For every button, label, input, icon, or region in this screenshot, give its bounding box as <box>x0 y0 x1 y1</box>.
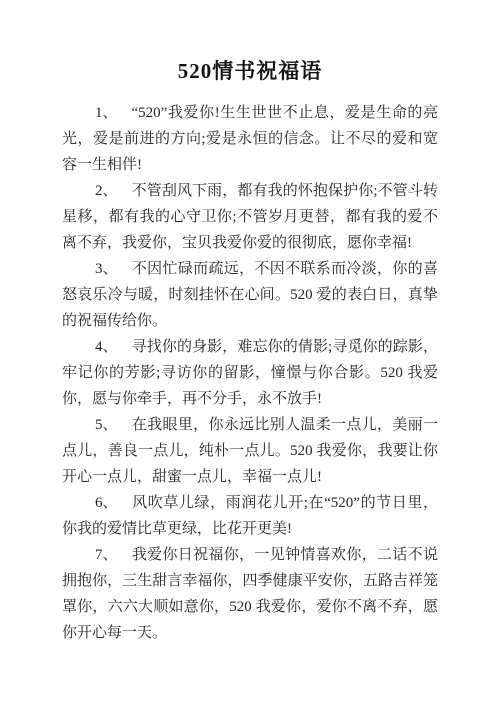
document-page: 520情书祝福语 1、“520”我爱你!生生世世不止息，爱是生命的亮光，爱是前进… <box>0 0 500 707</box>
paragraph-text: 风吹草儿绿，雨润花儿开;在“520”的节日里，你我的爱情比草更绿，比花开更美! <box>62 495 438 537</box>
list-number: 6、 <box>95 490 118 516</box>
paragraph-text: 不管刮风下雨，都有我的怀抱保护你;不管斗转星移，都有我的心守卫你;不管岁月更替，… <box>62 183 438 251</box>
paragraph-6: 6、风吹草儿绿，雨润花儿开;在“520”的节日里，你我的爱情比草更绿，比花开更美… <box>62 490 438 542</box>
paragraph-3: 3、不因忙碌而疏远，不因不联系而冷淡，你的喜怒哀乐冷与暖，时刻挂怀在心间。520… <box>62 256 438 334</box>
paragraph-text: 寻找你的身影，难忘你的倩影;寻觅你的踪影，牢记你的芳影;寻访你的留影，憧憬与你合… <box>62 339 438 407</box>
paragraph-text: 我爱你日祝福你，一见钟情喜欢你，二话不说拥抱你，三生甜言幸福你，四季健康平安你，… <box>62 547 438 641</box>
paragraph-7: 7、我爱你日祝福你，一见钟情喜欢你，二话不说拥抱你，三生甜言幸福你，四季健康平安… <box>62 542 438 646</box>
paragraph-5: 5、在我眼里，你永远比别人温柔一点儿，美丽一点儿，善良一点儿，纯朴一点儿。520… <box>62 412 438 490</box>
paragraph-text: “520”我爱你!生生世世不止息，爱是生命的亮光，爱是前进的方向;爱是永恒的信念… <box>62 105 438 173</box>
document-body: 1、“520”我爱你!生生世世不止息，爱是生命的亮光，爱是前进的方向;爱是永恒的… <box>62 100 438 646</box>
list-number: 4、 <box>95 334 118 360</box>
paragraph-4: 4、寻找你的身影，难忘你的倩影;寻觅你的踪影，牢记你的芳影;寻访你的留影，憧憬与… <box>62 334 438 412</box>
paragraph-1: 1、“520”我爱你!生生世世不止息，爱是生命的亮光，爱是前进的方向;爱是永恒的… <box>62 100 438 178</box>
list-number: 3、 <box>95 256 118 282</box>
list-number: 5、 <box>95 412 118 438</box>
paragraph-text: 在我眼里，你永远比别人温柔一点儿，美丽一点儿，善良一点儿，纯朴一点儿。520 我… <box>62 417 438 485</box>
paragraph-text: 不因忙碌而疏远，不因不联系而冷淡，你的喜怒哀乐冷与暖，时刻挂怀在心间。520 爱… <box>62 261 438 329</box>
list-number: 1、 <box>95 100 118 126</box>
list-number: 7、 <box>95 542 118 568</box>
paragraph-2: 2、不管刮风下雨，都有我的怀抱保护你;不管斗转星移，都有我的心守卫你;不管岁月更… <box>62 178 438 256</box>
list-number: 2、 <box>95 178 118 204</box>
document-title: 520情书祝福语 <box>62 56 438 86</box>
